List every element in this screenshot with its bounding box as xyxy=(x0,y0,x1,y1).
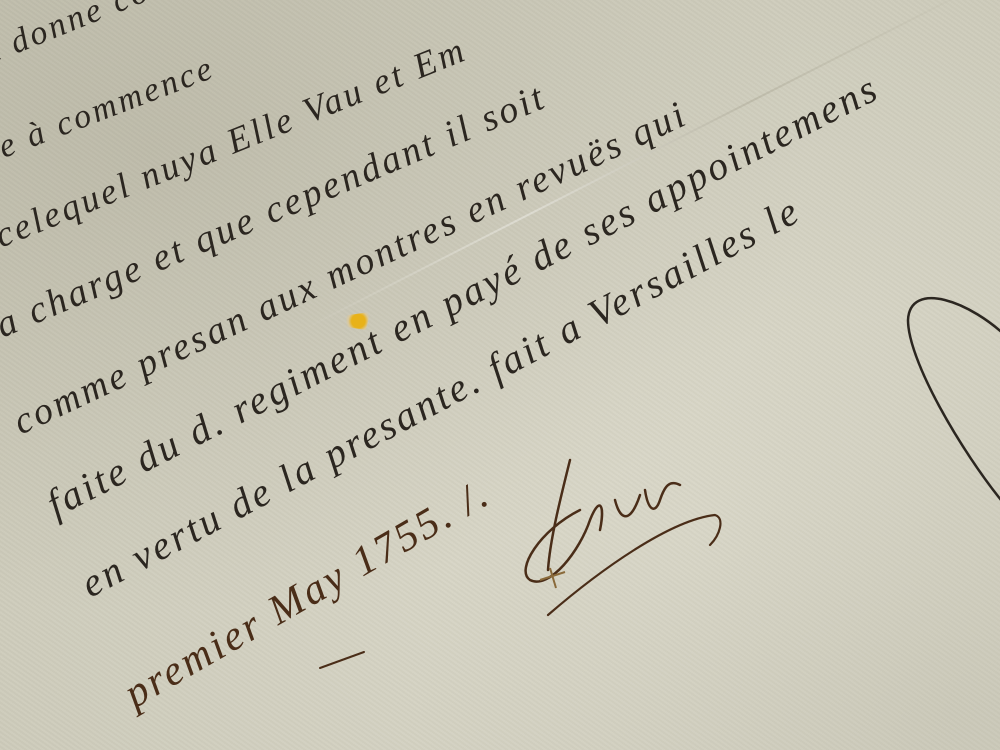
pen-dash xyxy=(318,650,366,670)
flourish-stroke xyxy=(890,280,1000,510)
signature-louis xyxy=(520,440,730,620)
